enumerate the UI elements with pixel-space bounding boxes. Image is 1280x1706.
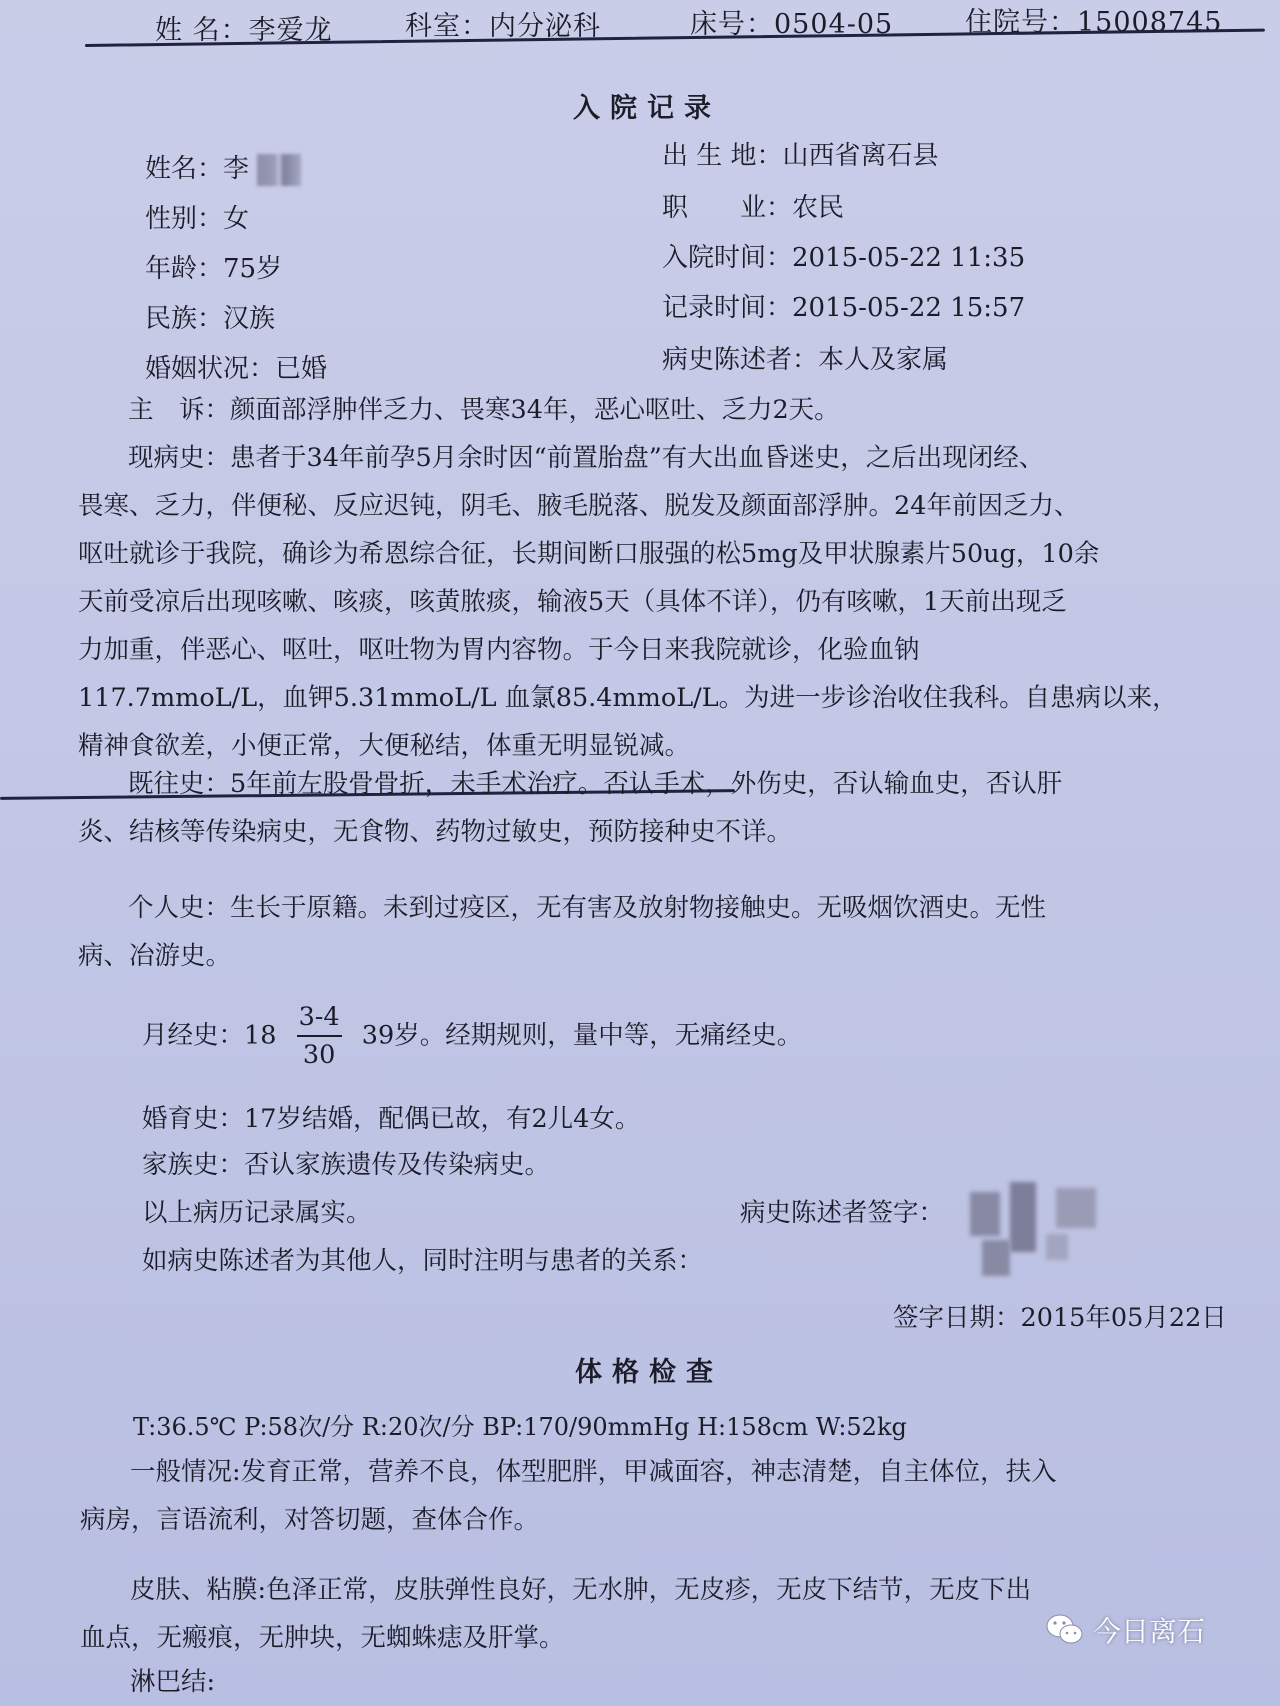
present-illness-line-5: 力加重，伴恶心、呕吐，呕吐物为胃内容物。于今日来我院就诊，化验血钠 (78, 628, 1258, 672)
relation-note: 如病史陈述者为其他人，同时注明与患者的关系： (142, 1246, 703, 1277)
exam-title: 体格检查 (575, 1350, 723, 1389)
signer-label: 病史陈述者签字： (740, 1198, 944, 1229)
page-title: 入院记录 (573, 86, 721, 125)
past-history-line-2: 炎、结核等传染病史，无食物、药物过敏史，预防接种史不详。 (78, 810, 1258, 854)
personal-history-line-1: 个人史：生长于原籍。未到过疫区，无有害及放射物接触史。无吸烟饮酒史。无性 (78, 886, 1258, 930)
info-ethnicity: 民族：汉族 (145, 298, 275, 335)
present-illness-line-1: 现病史：患者于34年前孕5月余时因“前置胎盘”有大出血昏迷史，之后出现闭经、 (78, 436, 1258, 480)
info-record-time: 记录时间：2015-05-22 15:57 (662, 287, 1025, 324)
redacted-signature (960, 1182, 1120, 1282)
family-history: 家族史：否认家族遗传及传染病史。 (142, 1150, 550, 1181)
past-history: 既往史：5年前左股骨骨折，未手术治疗。否认手术，外伤史，否认输血史，否认肝 炎、… (78, 762, 1258, 854)
marital-history: 婚育史：17岁结婚，配偶已故，有2儿4女。 (142, 1104, 640, 1135)
menstrual-history: 月经史：18 3-4 30 39岁。经期规则，量中等，无痛经史。 (142, 1005, 802, 1068)
info-gender: 性别：女 (145, 198, 249, 235)
personal-history: 个人史：生长于原籍。未到过疫区，无有害及放射物接触史。无吸烟饮酒史。无性 病、冶… (78, 886, 1258, 978)
general-line-1: 一般情况:发育正常，营养不良，体型肥胖，甲减面容，神志清楚，自主体位，扶入 (80, 1450, 1260, 1494)
watermark: 今日离石 (1045, 1610, 1205, 1650)
vital-signs: T:36.5℃ P:58次/分 R:20次/分 BP:170/90mmHg H:… (133, 1407, 907, 1442)
info-admission-time: 入院时间：2015-05-22 11:35 (662, 237, 1025, 274)
medical-record-page: 姓 名：李爱龙 科室：内分泌科 床号：0504-05 住院号：15008745 … (0, 0, 1280, 1706)
info-history-narrator: 病史陈述者：本人及家属 (662, 339, 948, 376)
attestation: 以上病历记录属实。 (142, 1198, 372, 1229)
present-illness-line-3: 呕吐就诊于我院，确诊为希恩综合征，长期间断口服强的松5mg及甲状腺素片50ug，… (78, 532, 1258, 576)
general-condition: 一般情况:发育正常，营养不良，体型肥胖，甲减面容，神志清楚，自主体位，扶入 病房… (80, 1450, 1260, 1542)
chief-complaint: 主 诉：颜面部浮肿伴乏力、畏寒34年，恶心呕吐、乏力2天。 (78, 388, 1258, 432)
info-age: 年龄：75岁 (145, 248, 282, 285)
present-illness-line-2: 畏寒、乏力，伴便秘、反应迟钝，阴毛、腋毛脱落、脱发及颜面部浮肿。24年前因乏力、 (78, 484, 1258, 528)
skin-line-1: 皮肤、粘膜:色泽正常，皮肤弹性良好，无水肿，无皮疹，无皮下结节，无皮下出 (80, 1568, 1260, 1612)
fraction-numerator: 3-4 (297, 1005, 342, 1037)
info-name: 姓名：李 (145, 148, 301, 186)
past-history-line-1: 既往史：5年前左股骨骨折，未手术治疗。否认手术，外伤史，否认输血史，否认肝 (78, 762, 1258, 806)
general-line-2: 病房，言语流利，对答切题，查体合作。 (80, 1498, 1260, 1542)
menstrual-label: 月经史：18 (142, 1021, 276, 1051)
present-illness-line-6: 117.7mmoL/L，血钾5.31mmoL/L 血氯85.4mmoL/L。为进… (78, 676, 1258, 720)
info-marital-status: 婚姻状况：已婚 (145, 348, 327, 385)
sign-date: 签字日期：2015年05月22日 (893, 1303, 1227, 1334)
lymph-nodes: 淋巴结: (130, 1667, 215, 1698)
redacted-name (257, 154, 301, 186)
info-occupation: 职 业：农民 (662, 187, 844, 224)
personal-history-line-2: 病、冶游史。 (78, 934, 1258, 978)
menstrual-fraction: 3-4 30 (297, 1005, 342, 1068)
fraction-denominator: 30 (297, 1037, 342, 1069)
history-section: 主 诉：颜面部浮肿伴乏力、畏寒34年，恶心呕吐、乏力2天。 现病史：患者于34年… (78, 388, 1258, 768)
menstrual-details: 39岁。经期规则，量中等，无痛经史。 (362, 1021, 802, 1051)
present-illness-line-4: 天前受凉后出现咳嗽、咳痰，咳黄脓痰，输液5天（具体不详），仍有咳嗽，1天前出现乏 (78, 580, 1258, 624)
info-birthplace: 出 生 地：山西省离石县 (662, 135, 939, 172)
watermark-text: 今日离石 (1093, 1610, 1205, 1650)
wechat-icon (1045, 1612, 1085, 1648)
